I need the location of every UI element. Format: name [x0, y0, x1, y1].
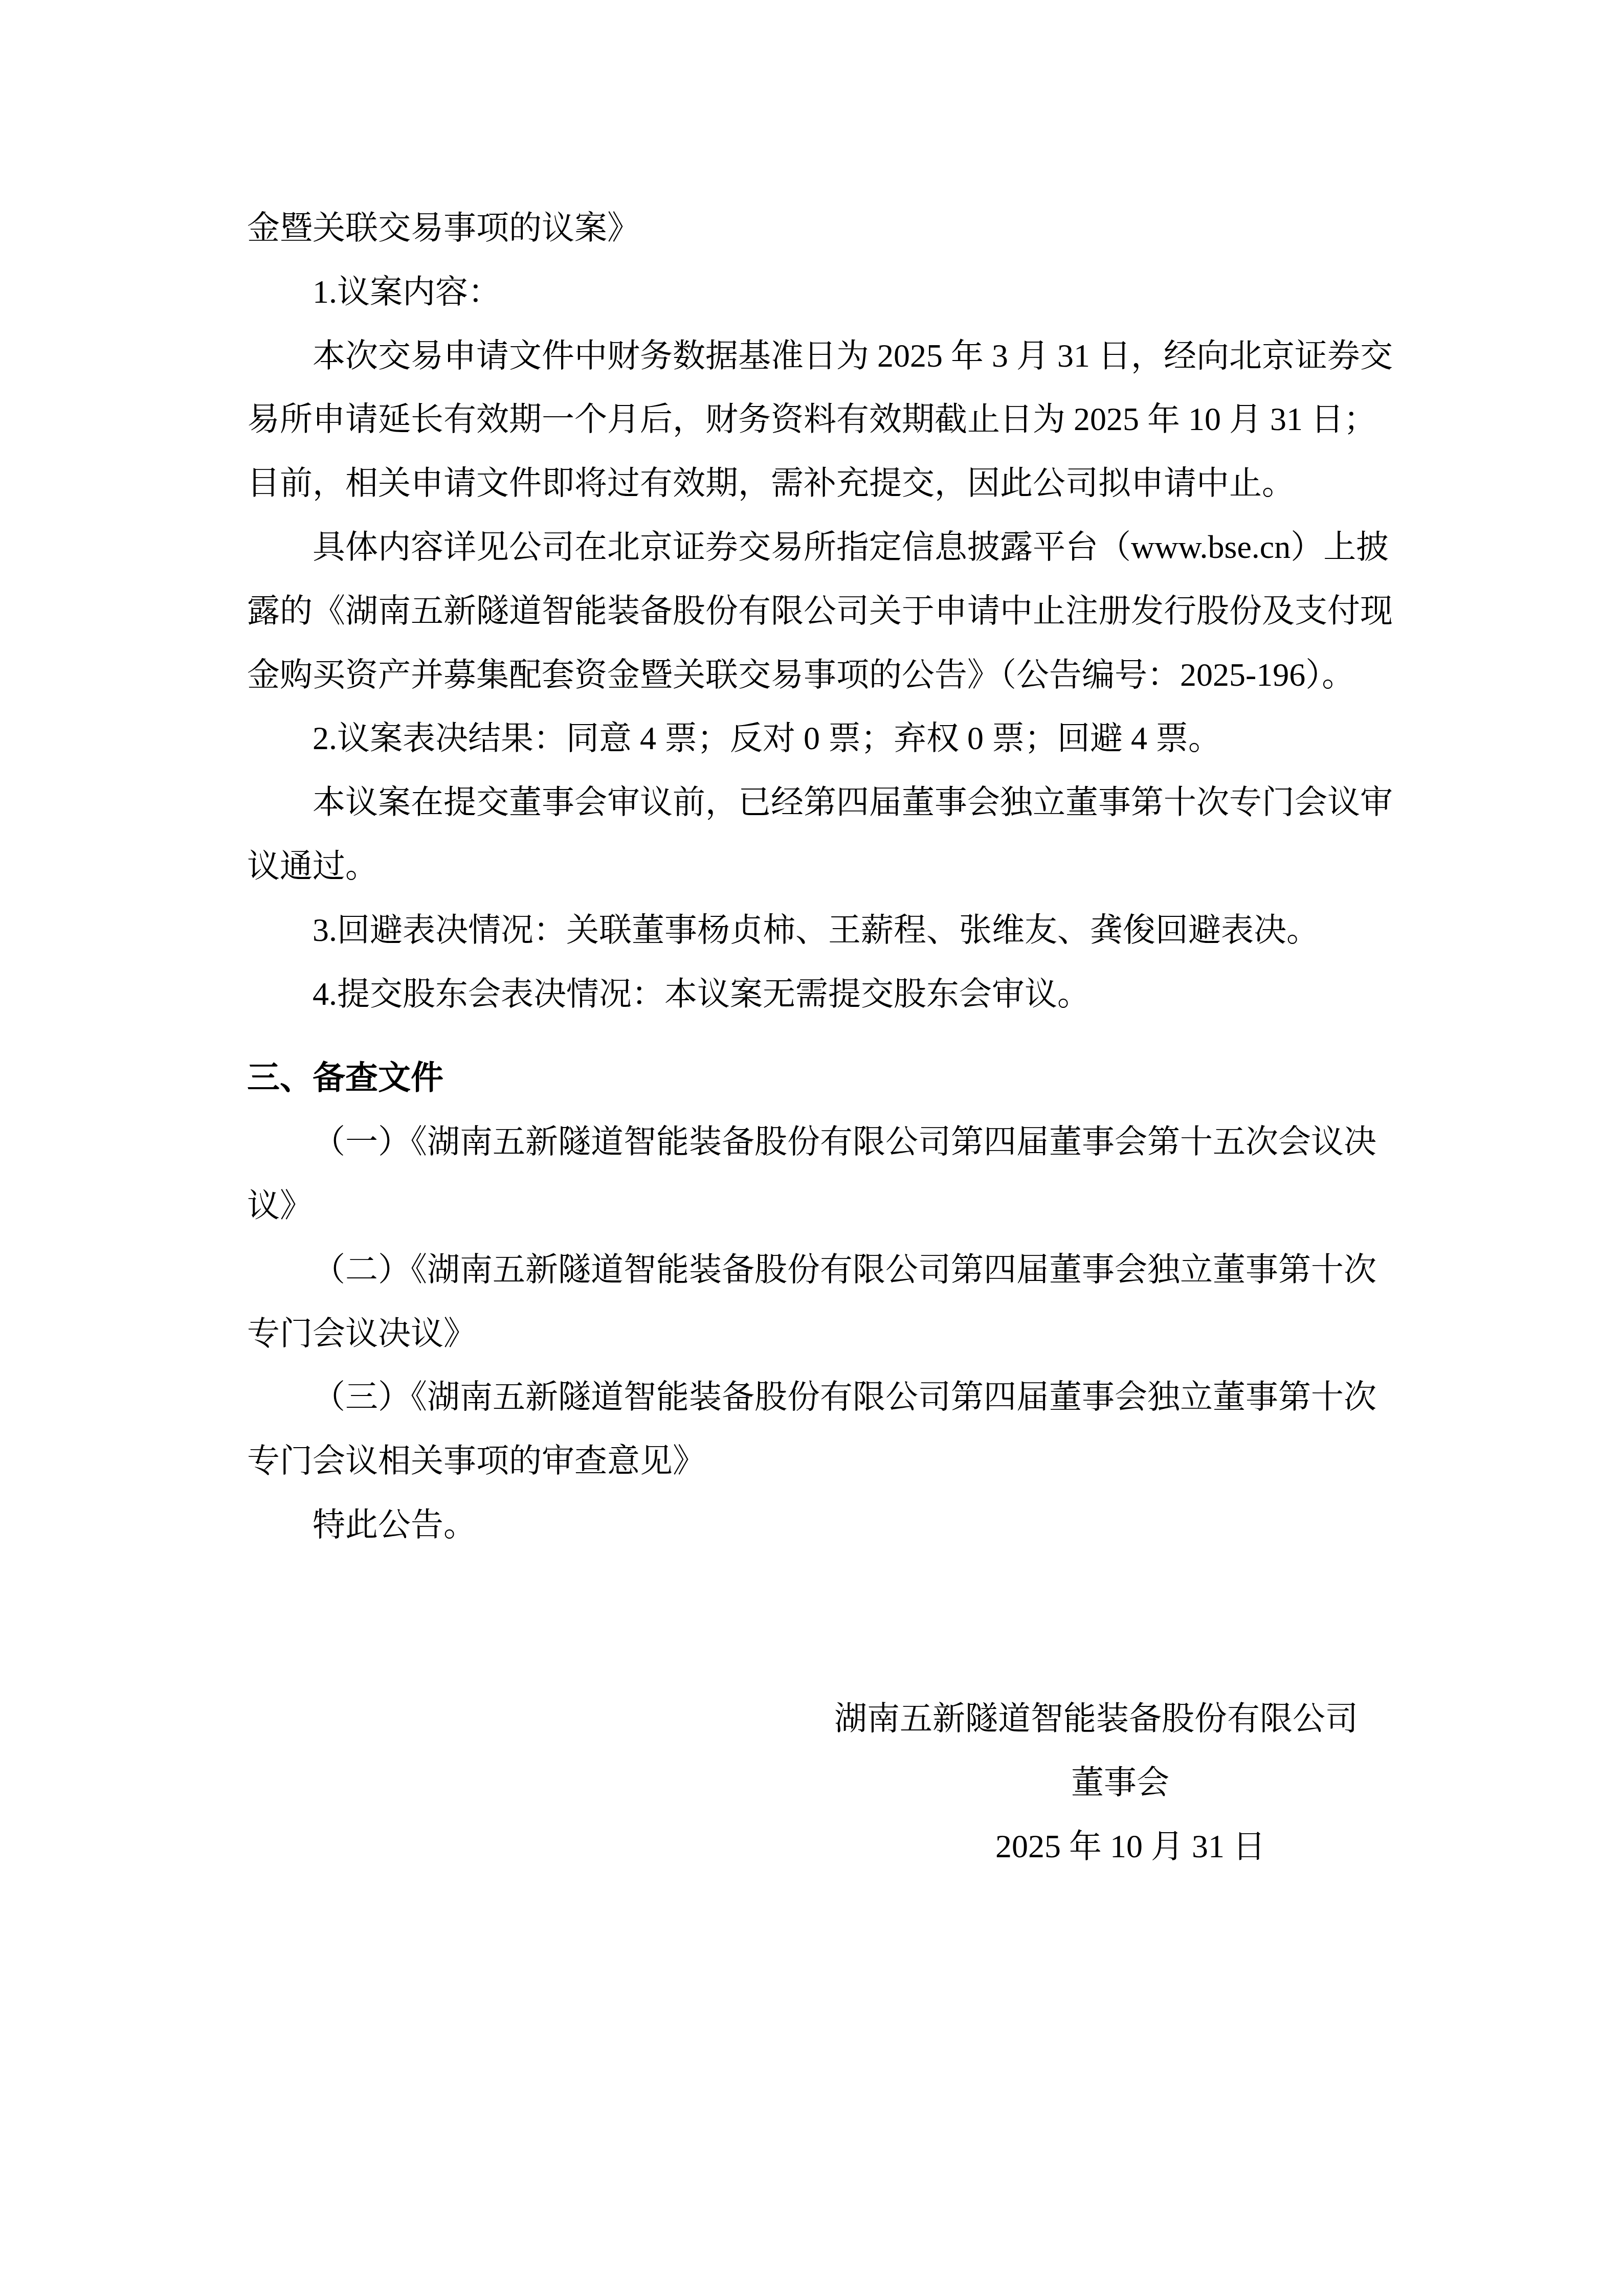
- item-3-recusal: 3.回避表决情况：关联董事杨贞柿、王薪程、张维友、龚俊回避表决。: [247, 898, 1388, 962]
- review-paragraph-line-1: 本议案在提交董事会审议前，已经第四届董事会独立董事第十次专门会议审: [247, 771, 1388, 835]
- file-item-3-line-2: 专门会议相关事项的审查意见》: [247, 1429, 1388, 1493]
- item-4-shareholder-vote: 4.提交股东会表决情况：本议案无需提交股东会审议。: [247, 962, 1388, 1026]
- detail-paragraph-line-3: 金购买资产并募集配套资金暨关联交易事项的公告》（公告编号：2025-196）。: [247, 643, 1388, 707]
- paragraph-continuation-line: 金暨关联交易事项的议案》: [247, 196, 1388, 260]
- detail-paragraph-line-2: 露的《湖南五新隧道智能装备股份有限公司关于申请中止注册发行股份及支付现: [247, 579, 1388, 643]
- detail-paragraph-line-1: 具体内容详见公司在北京证券交易所指定信息披露平台（www.bse.cn）上披: [247, 515, 1388, 579]
- signature-date: 2025 年 10 月 31 日: [767, 1815, 1432, 1879]
- file-item-1-line-1: （一）《湖南五新隧道智能装备股份有限公司第四届董事会第十五次会议决: [247, 1110, 1388, 1174]
- content-paragraph-line-3: 目前，相关申请文件即将过有效期，需补充提交，因此公司拟申请中止。: [247, 452, 1388, 515]
- file-list: （一）《湖南五新隧道智能装备股份有限公司第四届董事会第十五次会议决 议》 （二）…: [247, 1110, 1388, 1493]
- signature-board: 董事会: [767, 1751, 1432, 1815]
- file-item-2-line-1: （二）《湖南五新隧道智能装备股份有限公司第四届董事会独立董事第十次: [247, 1238, 1388, 1302]
- content-paragraph-line-2: 易所申请延长有效期一个月后，财务资料有效期截止日为 2025 年 10 月 31…: [247, 388, 1388, 452]
- item-1-label: 1.议案内容：: [247, 260, 1388, 324]
- file-item-2: （二）《湖南五新隧道智能装备股份有限公司第四届董事会独立董事第十次 专门会议决议…: [247, 1238, 1388, 1366]
- document-body: 金暨关联交易事项的议案》 1.议案内容： 本次交易申请文件中财务数据基准日为 2…: [247, 196, 1388, 1557]
- file-item-2-line-2: 专门会议决议》: [247, 1302, 1388, 1366]
- review-paragraph-line-2: 议通过。: [247, 835, 1388, 898]
- signature-block: 湖南五新隧道智能装备股份有限公司 董事会 2025 年 10 月 31 日: [767, 1687, 1432, 1878]
- closing-statement: 特此公告。: [247, 1493, 1388, 1557]
- document-page: 金暨关联交易事项的议案》 1.议案内容： 本次交易申请文件中财务数据基准日为 2…: [0, 0, 1624, 2296]
- signature-company: 湖南五新隧道智能装备股份有限公司: [767, 1687, 1432, 1751]
- file-item-3-line-1: （三）《湖南五新隧道智能装备股份有限公司第四届董事会独立董事第十次: [247, 1365, 1388, 1429]
- content-paragraph-line-1: 本次交易申请文件中财务数据基准日为 2025 年 3 月 31 日，经向北京证券…: [247, 324, 1388, 388]
- file-item-1: （一）《湖南五新隧道智能装备股份有限公司第四届董事会第十五次会议决 议》: [247, 1110, 1388, 1238]
- section-3-heading: 三、备查文件: [247, 1046, 1388, 1110]
- file-item-1-line-2: 议》: [247, 1174, 1388, 1238]
- item-2-vote-result: 2.议案表决结果：同意 4 票；反对 0 票；弃权 0 票；回避 4 票。: [247, 707, 1388, 771]
- file-item-3: （三）《湖南五新隧道智能装备股份有限公司第四届董事会独立董事第十次 专门会议相关…: [247, 1365, 1388, 1493]
